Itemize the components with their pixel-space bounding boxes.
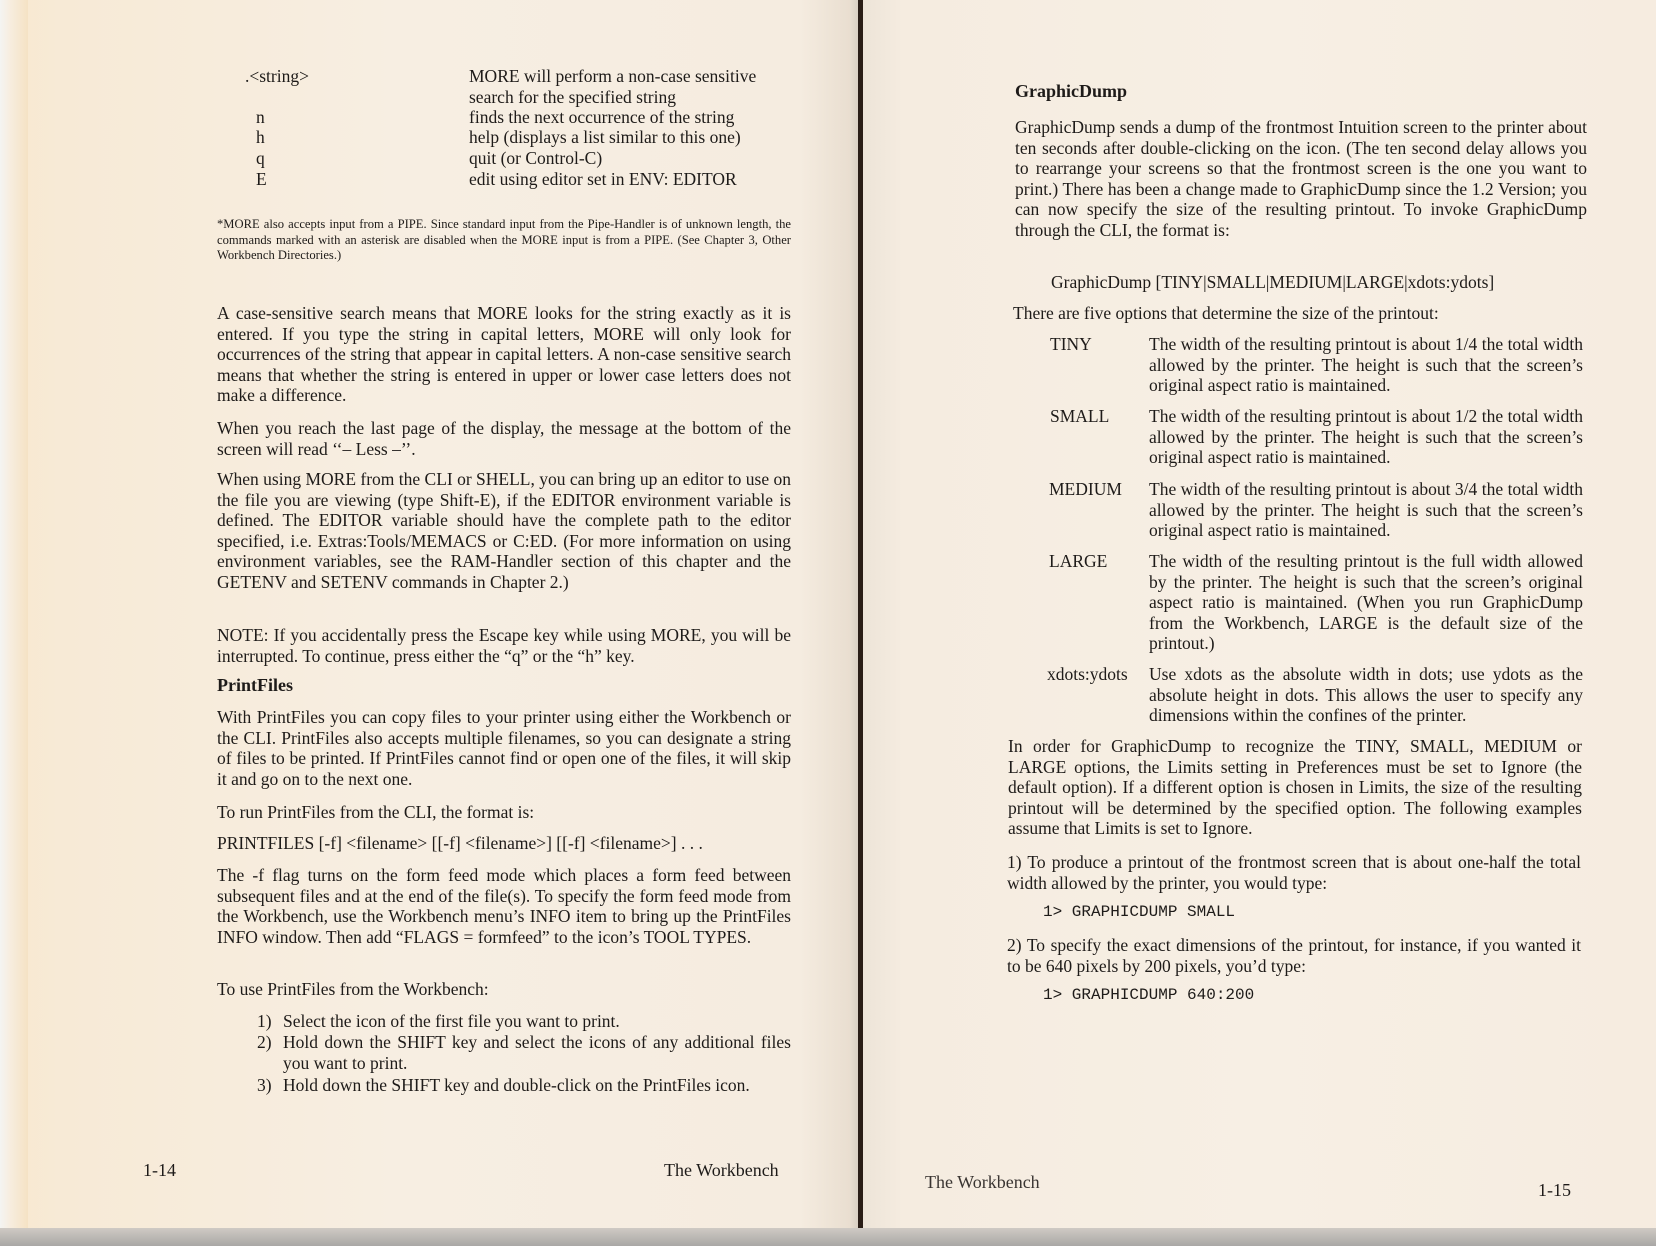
command-key: q	[256, 148, 265, 169]
paragraph-workbench-use: To use PrintFiles from the Workbench:	[217, 979, 791, 1000]
running-footer-right: The Workbench	[925, 1172, 1040, 1193]
example-1-text: 1) To produce a printout of the frontmos…	[1007, 852, 1581, 893]
book-spread: ​ .<string> MORE will perform a non-case…	[0, 0, 1656, 1228]
section-heading-printfiles: PrintFiles	[217, 675, 293, 696]
step-number: 1)	[257, 1011, 272, 1032]
paragraph-cli-format: To run PrintFiles from the CLI, the form…	[217, 802, 791, 823]
left-page: ​ .<string> MORE will perform a non-case…	[0, 0, 858, 1228]
step-number: 2)	[257, 1032, 272, 1053]
command-desc: search for the specified string	[469, 87, 676, 108]
page-number-right: 1-15	[1538, 1180, 1571, 1201]
command-key: E	[256, 169, 267, 190]
command-desc: quit (or Control-C)	[469, 148, 602, 169]
running-footer-left: The Workbench	[664, 1160, 779, 1181]
paragraph-graphicdump-intro: GraphicDump sends a dump of the frontmos…	[1015, 117, 1587, 241]
command-desc: edit using editor set in ENV: EDITOR	[469, 169, 737, 190]
cli-syntax: PRINTFILES [-f] <filename> [[-f] <filena…	[217, 833, 817, 854]
example-2-command: 1> GRAPHICDUMP 640:200	[1043, 985, 1254, 1006]
command-desc: help (displays a list similar to this on…	[469, 127, 741, 148]
example-2-text: 2) To specify the exact dimensions of th…	[1007, 935, 1581, 976]
paragraph-case-sensitive: A case-sensitive search means that MORE …	[217, 303, 791, 406]
option-description: The width of the resulting printout is a…	[1149, 479, 1583, 541]
example-1-command: 1> GRAPHICDUMP SMALL	[1043, 902, 1235, 923]
paragraph-last-page: When you reach the last page of the disp…	[217, 418, 791, 459]
section-heading-graphicdump: GraphicDump	[1015, 81, 1127, 102]
option-description: The width of the resulting printout is a…	[1149, 334, 1583, 396]
option-label: xdots:ydots	[1047, 664, 1128, 685]
paragraph-note: NOTE: If you accidentally press the Esca…	[217, 625, 791, 666]
command-key: h	[256, 127, 265, 148]
option-label: MEDIUM	[1049, 479, 1122, 500]
paragraph-editor: When using MORE from the CLI or SHELL, y…	[217, 469, 791, 593]
option-label: SMALL	[1050, 406, 1109, 427]
graphicdump-syntax: GraphicDump [TINY|SMALL|MEDIUM|LARGE|xdo…	[1051, 272, 1494, 293]
footnote: *MORE also accepts input from a PIPE. Si…	[217, 217, 791, 264]
right-page: GraphicDump GraphicDump sends a dump of …	[863, 0, 1656, 1228]
paragraph-limits: In order for GraphicDump to recognize th…	[1008, 736, 1582, 839]
step-text: Hold down the SHIFT key and select the i…	[283, 1032, 791, 1073]
page-number-left: 1-14	[143, 1160, 176, 1181]
paragraph-options-intro: There are five options that determine th…	[1013, 303, 1585, 324]
step-number: 3)	[257, 1075, 272, 1096]
command-desc: finds the next occurrence of the string	[469, 107, 734, 128]
scanner-bed-edge	[0, 1228, 1656, 1246]
paragraph-form-feed-flag: The -f flag turns on the form feed mode …	[217, 865, 791, 947]
command-desc: MORE will perform a non-case sensitive	[469, 66, 756, 87]
paragraph-printfiles-intro: With PrintFiles you can copy files to yo…	[217, 707, 791, 789]
option-description: The width of the resulting printout is t…	[1149, 551, 1583, 654]
command-key: .<string>	[245, 66, 309, 87]
option-label: TINY	[1050, 334, 1092, 355]
option-label: LARGE	[1049, 551, 1107, 572]
step-text: Hold down the SHIFT key and double-click…	[283, 1075, 791, 1096]
option-description: Use xdots as the absolute width in dots;…	[1149, 664, 1583, 726]
option-description: The width of the resulting printout is a…	[1149, 406, 1583, 468]
step-text: Select the icon of the first file you wa…	[283, 1011, 791, 1032]
command-key: n	[256, 107, 265, 128]
